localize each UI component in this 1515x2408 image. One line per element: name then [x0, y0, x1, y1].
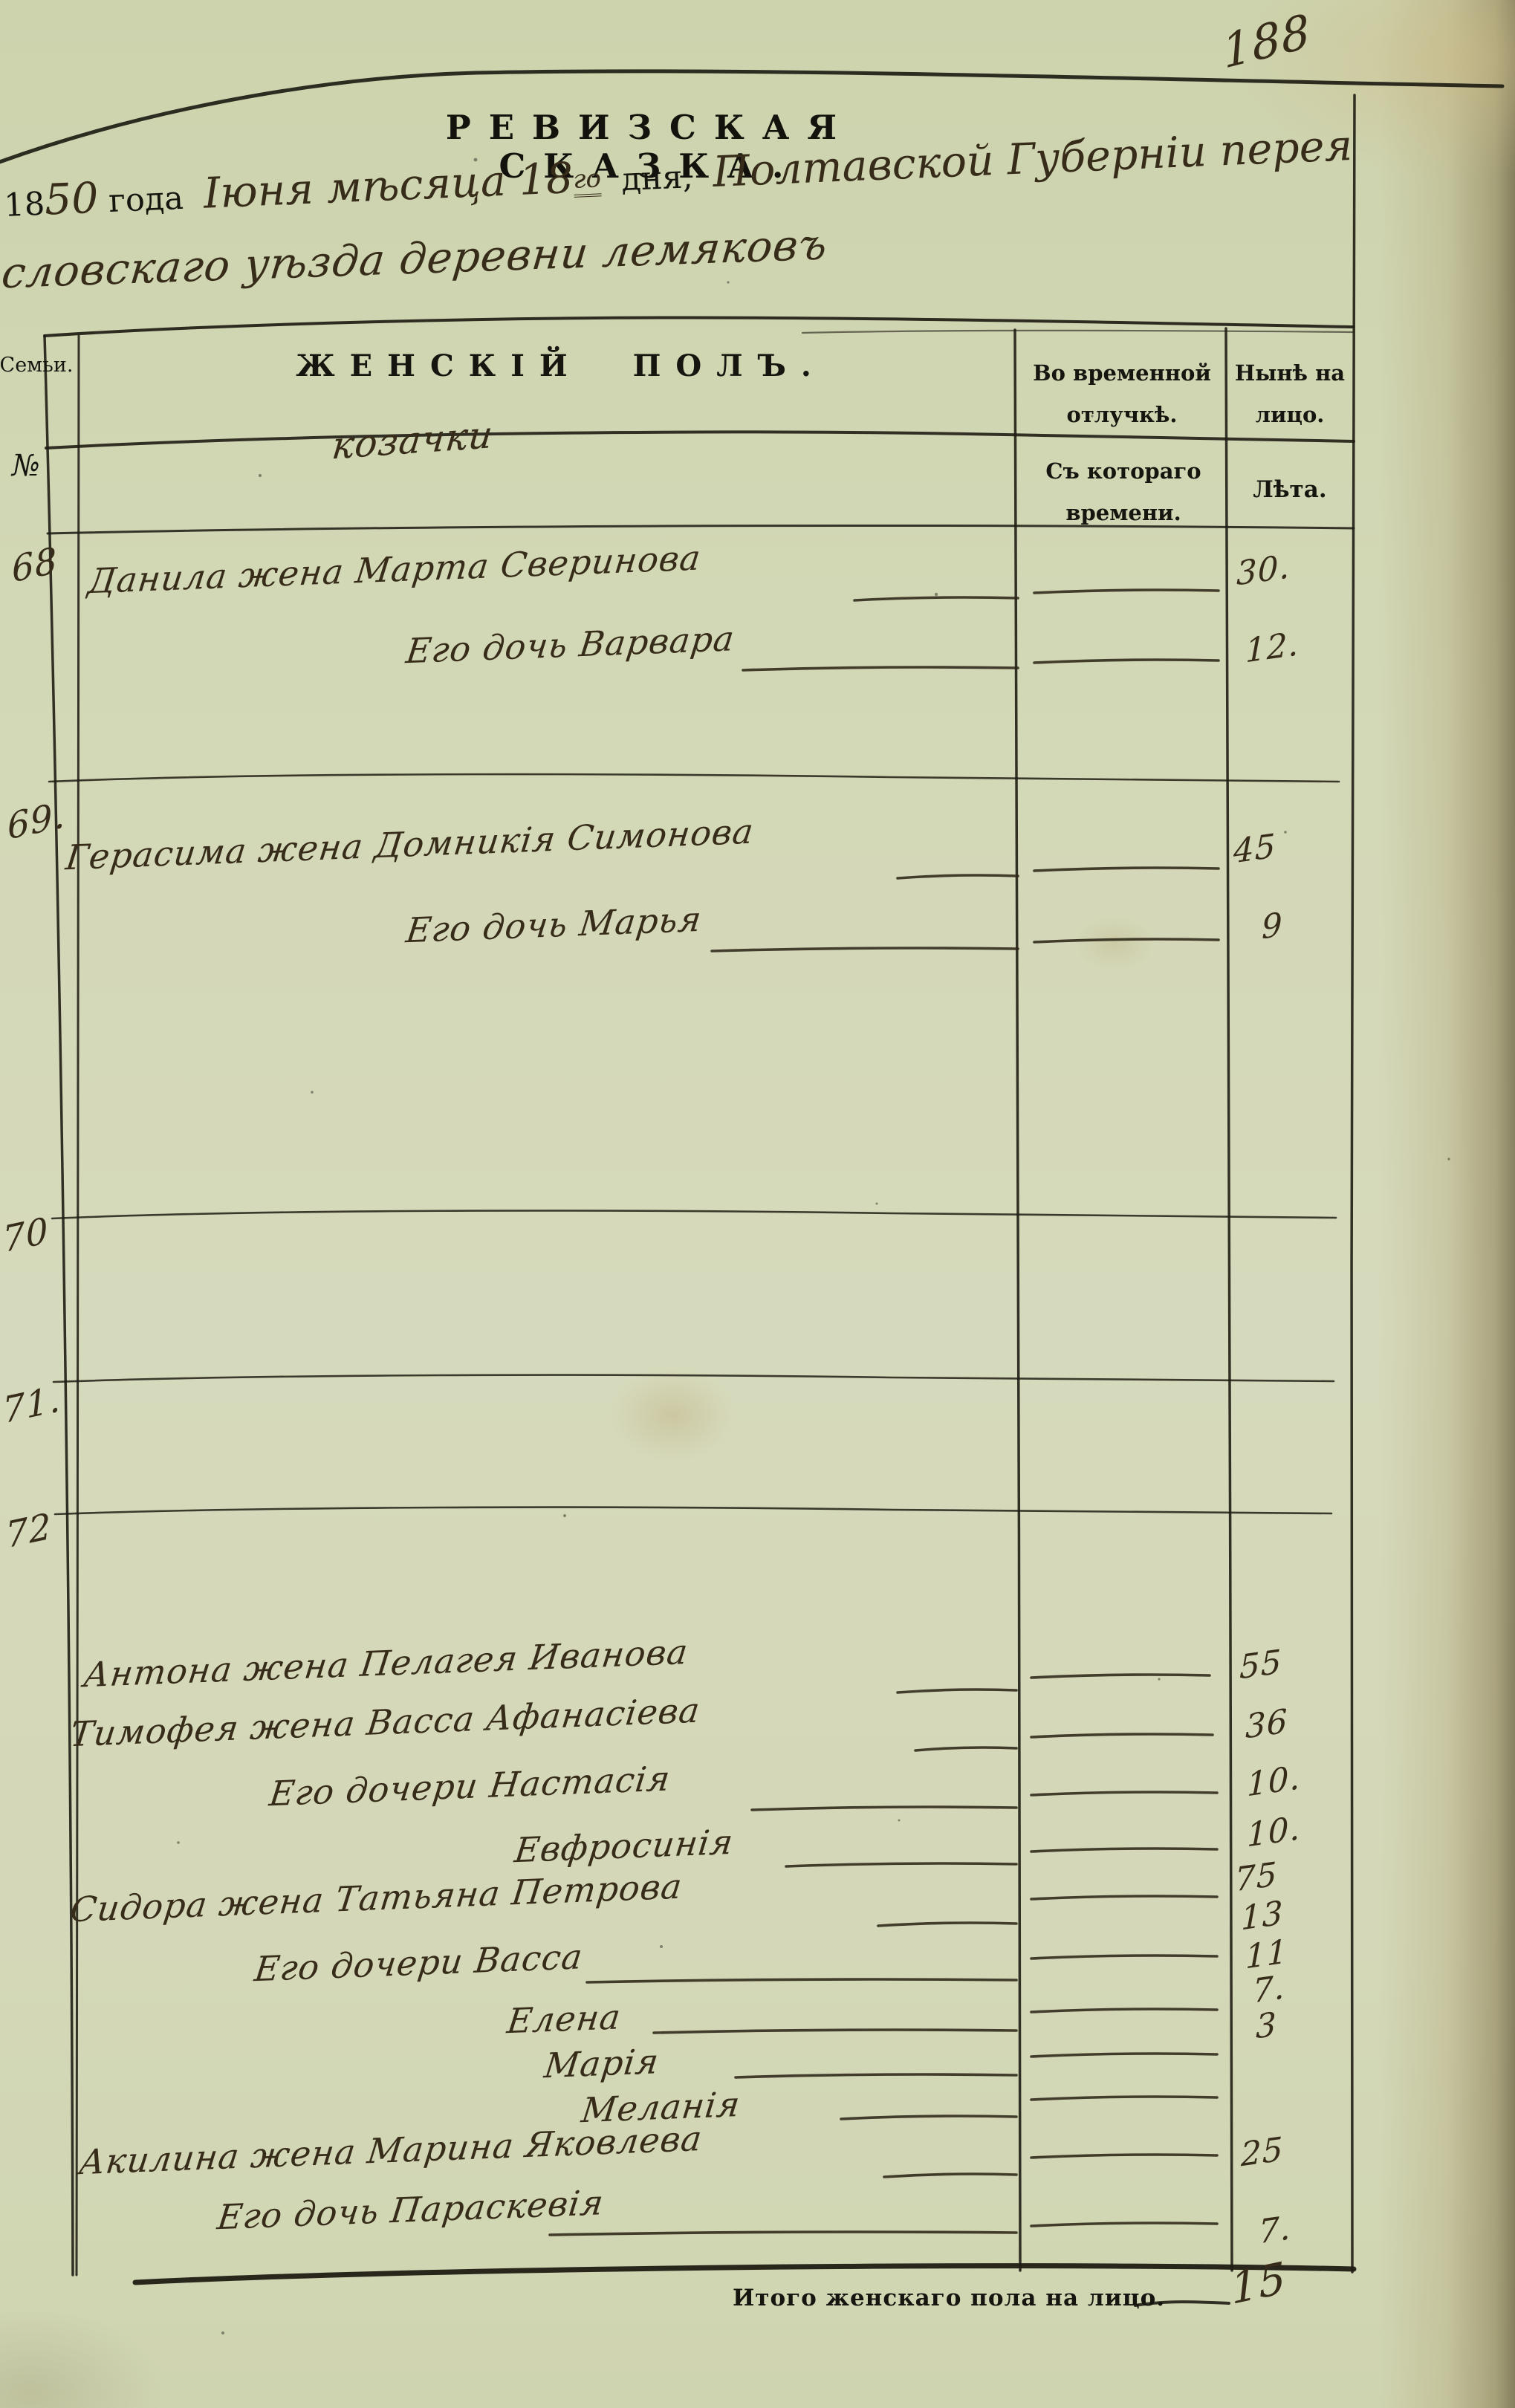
entry-dash-line: [915, 1747, 1016, 1750]
entry-dash-line: [1034, 939, 1219, 942]
entry-dash-line: [1034, 590, 1219, 593]
entry-dash-line: [550, 2232, 1016, 2235]
header-now-present: Нынѣ на лицо.: [1229, 352, 1351, 435]
entry-dash-line: [1031, 2097, 1217, 2100]
entry-age: 55: [1239, 1643, 1282, 1687]
entry-dash-line: [786, 1863, 1016, 1866]
subtitle-part: 18: [4, 186, 46, 224]
entry-dash-line: [743, 667, 1018, 670]
header-since-what-time-line1: Съ котораго: [1024, 450, 1223, 492]
entry-dash-line: [1031, 1675, 1210, 1678]
header-female-sex: ЖЕНСКІЙ ПОЛЪ.: [186, 349, 936, 383]
entry-dash-line: [1034, 868, 1219, 871]
header-since-what-time: Съ котораго времени.: [1024, 450, 1223, 533]
entry-age: 45: [1233, 828, 1276, 872]
entry-age: 30.: [1236, 548, 1290, 594]
entry-name: Елена: [505, 1997, 623, 2041]
subtitle-part: го: [572, 163, 601, 198]
family-column-line: [77, 336, 80, 2275]
entry-dash-line: [841, 2116, 1016, 2119]
entry-age: 7.: [1253, 1969, 1285, 2011]
header-since-what-time-line2: времени.: [1024, 492, 1223, 533]
entry-dash-line: [587, 1979, 1016, 1982]
entry-dash-line: [654, 2030, 1016, 2033]
entry-dash-line: [1031, 2009, 1217, 2012]
entry-dash-line: [712, 948, 1018, 951]
entry-dash-line: [898, 875, 1018, 878]
subtitle-part: дня,: [600, 158, 714, 199]
entry-age: 36: [1245, 1703, 1288, 1747]
header-now-present-line2: лицо.: [1229, 394, 1351, 435]
entry-age: 13: [1241, 1895, 1283, 1938]
entry-dash-line: [1031, 1896, 1217, 1899]
header-temporary-absence-line1: Во временной: [1022, 352, 1222, 394]
entry-dash-line: [884, 2174, 1016, 2177]
entry-dash-line: [854, 597, 1018, 600]
row-divider: [49, 774, 1339, 782]
entry-dash-line: [1031, 1849, 1217, 1852]
row-divider: [52, 1210, 1336, 1218]
header-family-column: Семьи.: [0, 354, 76, 377]
subtitle-part: 50: [44, 174, 100, 225]
entry-dash-line: [1031, 2155, 1217, 2158]
entry-age: 12.: [1245, 626, 1299, 671]
entry-age: 3: [1256, 2006, 1277, 2047]
entry-dash-line: [736, 2074, 1016, 2077]
entry-name: Марія: [542, 2042, 661, 2086]
revision-list-page: 188 РЕВИЗСКАЯ СКАЗКА. 1850 года Іюня мѣс…: [0, 0, 1515, 2408]
row-divider: [53, 1375, 1334, 1382]
entry-dash-line: [1031, 1734, 1213, 1737]
entry-age: 25: [1241, 2131, 1283, 2175]
entry-dash-line: [878, 1923, 1016, 1926]
row-divider: [55, 1508, 1331, 1514]
entry-age: 10.: [1247, 1810, 1300, 1855]
entry-dash-line: [1031, 2054, 1217, 2057]
entry-age: 7.: [1259, 2210, 1291, 2252]
bottom-border-line: [135, 2266, 1354, 2282]
header-temporary-absence: Во временной отлучкѣ.: [1022, 352, 1222, 435]
entry-dash-line: [1031, 1956, 1217, 1958]
entry-age: 75: [1235, 1856, 1277, 1900]
subtitle-part: года: [98, 179, 205, 221]
entry-dash-line: [752, 1807, 1016, 1810]
entry-dash-line: [1034, 660, 1219, 663]
header-number-sign: №: [12, 449, 40, 483]
table-top-line: [45, 318, 1353, 336]
left-border-line: [45, 336, 73, 2275]
header-temporary-absence-line2: отлучкѣ.: [1022, 394, 1222, 435]
entry-dash-line: [898, 1690, 1016, 1693]
entry-dash-line: [1031, 2223, 1217, 2226]
entry-age: 9: [1262, 906, 1283, 947]
age-column-line: [1226, 328, 1232, 2271]
header-years: Лѣта.: [1227, 477, 1352, 504]
right-border-line: [1352, 95, 1355, 2272]
total-label: Итого женскаго пола на лицо.: [733, 2285, 1165, 2312]
entry-age: 10.: [1247, 1759, 1300, 1805]
entry-dash-line: [1031, 1792, 1217, 1795]
subtitle-part: 18: [518, 154, 574, 205]
header-now-present-line1: Нынѣ на: [1229, 352, 1351, 394]
